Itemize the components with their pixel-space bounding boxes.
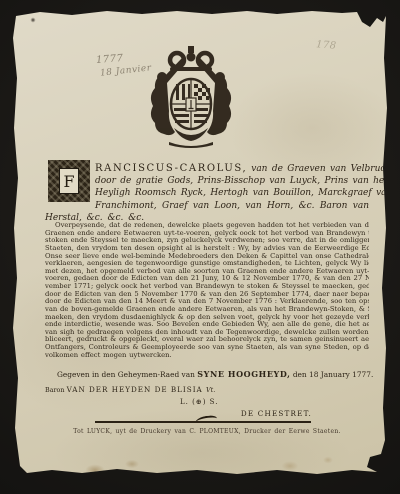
photograph-background: { "document": { "pencil_annotations": { …	[0, 0, 400, 494]
royal-title-heading: RANCISCUS-CAROLUS,van de Graeven van Vel…	[95, 163, 369, 212]
body-line: volkomen effect mogen uytwercken.	[45, 352, 369, 360]
body-line: Overpeysende, dat de redenen, dewelcke p…	[45, 222, 369, 230]
body-line: bliceert, gedruckt & opgepleckt, overal …	[45, 336, 369, 344]
divider-rule	[95, 421, 311, 423]
heading-line-4: Franchimont, Graef van Loon, van Horn, &…	[95, 200, 369, 212]
body-line: stoken ende Steyssel te maecken, zyn gel…	[45, 237, 369, 245]
signature-name: VAN DER HEYDEN DE BLISIA	[67, 385, 206, 394]
body-line: door de Edicten van den 14 Meert & van d…	[45, 298, 369, 306]
body-line: met dezen, het opgemeld verbod van alle …	[45, 268, 369, 276]
dateline-authority: SYNE HOOGHEYD,	[197, 369, 290, 379]
heading-line-1-rest: van de Graeven van Velbruck,	[251, 164, 394, 174]
body-line: verklaeren, aengesien de tegenwoordige g…	[45, 260, 369, 268]
dateline-pre: Gegeven in den Geheymen-Raed van	[57, 370, 197, 379]
body-line: Ontfangers, Controleurs & Geemployeerde …	[45, 344, 369, 352]
drop-cap-ornament-block: F	[48, 160, 90, 202]
signature-countersign: DE CHESTRET.	[212, 409, 312, 418]
body-line: van de boven-gemelde Graenen ende andere…	[45, 306, 369, 314]
signature-secretary: Baron VAN DER HEYDEN DE BLISIA Vt.	[45, 385, 215, 394]
body-line: vember 1771; gelyck oock het verbod van …	[45, 283, 369, 291]
proclamation-body: Overpeysende, dat de redenen, dewelcke p…	[45, 222, 369, 359]
pencil-year-annotation: 1777	[96, 53, 124, 66]
signature-vidit: Vt.	[206, 386, 215, 394]
body-line: Graenen ende andere Eetwaeren uyt-te-voe…	[45, 230, 369, 238]
drop-cap-letter: F	[59, 168, 79, 194]
body-line: maeken, den vrydom dusdaenighlyck & op d…	[45, 314, 369, 322]
coat-of-arms-icon	[149, 46, 233, 148]
pencil-page-number: 178	[316, 39, 337, 51]
body-line: van sigh te gedraegen volgens den inhoud…	[45, 329, 369, 337]
seal-mark: L. (⊕) S.	[180, 398, 218, 406]
signature-title: Baron	[45, 386, 67, 394]
body-line: Staeten, den vrydom ten desen opsight al…	[45, 245, 369, 253]
heading-line-1: RANCISCUS-CAROLUS,van de Graeven van Vel…	[95, 163, 369, 175]
body-line: Onse seer lieve ende wel-beminde Medebro…	[45, 253, 369, 261]
printer-imprint: Tot LUYCK, uyt de Druckery van C. PLOMTE…	[45, 428, 369, 435]
body-line: ende interdictie, wesende was. Soo Bevel…	[45, 321, 369, 329]
heading-line-2: door de gratie Gods, Prins-Bisschop van …	[95, 175, 369, 187]
heading-line-3: Heyligh Roomsch Ryck, Hertogh van Bouill…	[95, 187, 369, 199]
body-line: door de Edicten van den 5 November 1770 …	[45, 291, 369, 299]
dateline: Gegeven in den Geheymen-Raed van SYNE HO…	[57, 369, 373, 379]
coat-of-arms-engraving	[149, 46, 233, 148]
pencil-date-annotation: 18 Janvier	[100, 63, 152, 78]
dateline-date: den 18 January 1777.	[290, 370, 373, 379]
prince-name: RANCISCUS-CAROLUS,	[95, 163, 247, 174]
body-line: voeren, gedaen door de Edicten van den 2…	[45, 275, 369, 283]
paper-sheet: 1777 18 Janvier 178	[12, 8, 388, 478]
